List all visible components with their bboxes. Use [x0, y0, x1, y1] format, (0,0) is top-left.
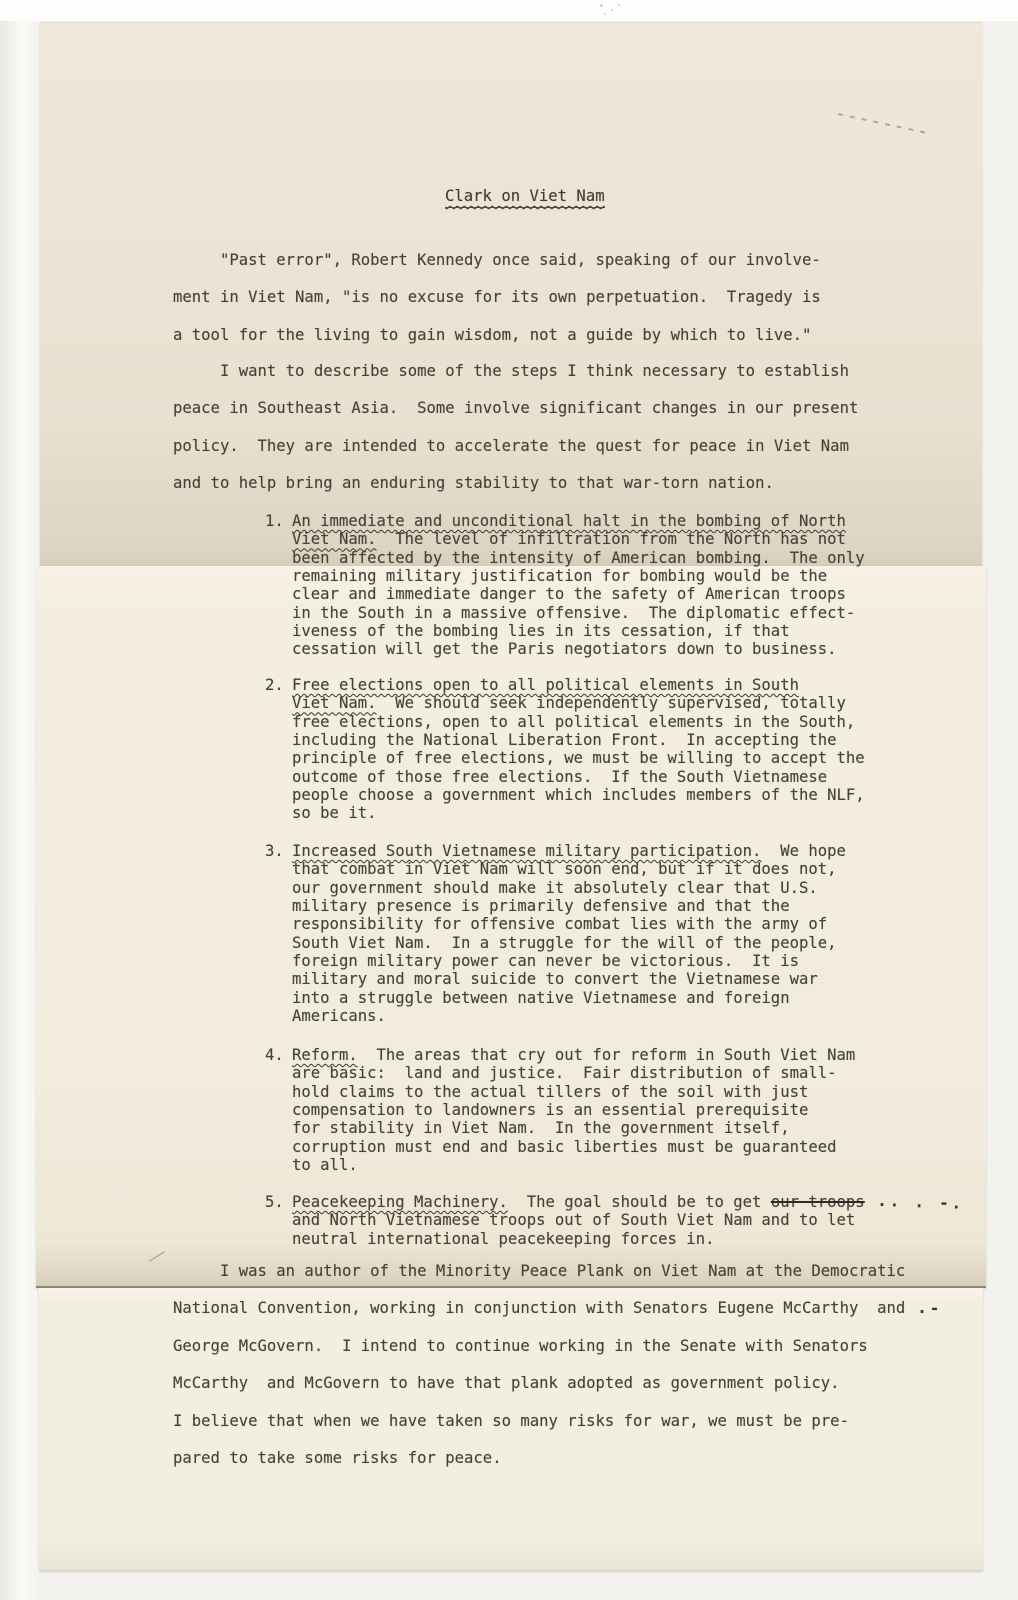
- text-line: principle of free elections, we must be …: [292, 749, 865, 767]
- text-line: and North Vietnamese troops out of South…: [292, 1211, 964, 1229]
- scanned-document-page: Clark on Viet Nam "Past error", Robert K…: [0, 0, 1018, 1600]
- text-line: Viet Nam. The level of infiltration from…: [292, 530, 865, 548]
- pen-mark: .. . -.: [864, 1191, 964, 1213]
- text-line: Peacekeeping Machinery. The goal should …: [292, 1193, 964, 1211]
- text-line: iveness of the bombing lies in its cessa…: [292, 622, 865, 640]
- text-line: clear and immediate danger to the safety…: [292, 585, 865, 603]
- text-line: National Convention, working in conjunct…: [173, 1290, 942, 1327]
- text-line: Free elections open to all political ele…: [292, 676, 865, 694]
- text-line: "Past error", Robert Kennedy once said, …: [173, 242, 821, 279]
- text-line: I was an author of the Minority Peace Pl…: [173, 1253, 942, 1290]
- list-item-number: 3.: [265, 842, 284, 860]
- pen-mark: .-: [905, 1290, 943, 1329]
- text-line: compensation to landowners is an essenti…: [292, 1101, 855, 1119]
- text-line: been affected by the intensity of Americ…: [292, 549, 865, 567]
- text-line: to all.: [292, 1156, 855, 1174]
- text-line: Americans.: [292, 1007, 846, 1025]
- paragraph: I want to describe some of the steps I t…: [173, 353, 858, 503]
- text-line: McCarthy and McGovern to have that plank…: [173, 1365, 942, 1402]
- text-line: for stability in Viet Nam. In the govern…: [292, 1119, 855, 1137]
- text-line: military and moral suicide to convert th…: [292, 970, 846, 988]
- text-line: free elections, open to all political el…: [292, 713, 865, 731]
- document-title: Clark on Viet Nam: [445, 186, 605, 208]
- text-line: hold claims to the actual tillers of the…: [292, 1083, 855, 1101]
- list-item-number: 4.: [265, 1046, 284, 1064]
- text-line: policy. They are intended to accelerate …: [173, 428, 858, 465]
- text-line: An immediate and unconditional halt in t…: [292, 512, 865, 530]
- text-line: responsibility for offensive combat lies…: [292, 915, 846, 933]
- text-line: into a struggle between native Vietnames…: [292, 989, 846, 1007]
- text-line: people choose a government which include…: [292, 786, 865, 804]
- text-line: Viet Nam. We should seek independently s…: [292, 694, 865, 712]
- list-item-number: 2.: [265, 676, 284, 694]
- text-line: remaining military justification for bom…: [292, 567, 865, 585]
- text-line: Reform. The areas that cry out for refor…: [292, 1046, 855, 1064]
- paragraph: "Past error", Robert Kennedy once said, …: [173, 242, 821, 354]
- text-line: our government should make it absolutely…: [292, 879, 846, 897]
- text-line: ment in Viet Nam, "is no excuse for its …: [173, 279, 821, 316]
- list-item-number: 5.: [265, 1193, 284, 1211]
- text-line: military presence is primarily defensive…: [292, 897, 846, 915]
- text-line: so be it.: [292, 804, 865, 822]
- text-line: cessation will get the Paris negotiators…: [292, 640, 865, 658]
- text-line: foreign military power can never be vict…: [292, 952, 846, 970]
- text-line: neutral international peacekeeping force…: [292, 1230, 964, 1248]
- text-line: peace in Southeast Asia. Some involve si…: [173, 390, 858, 427]
- text-line: and to help bring an enduring stability …: [173, 465, 858, 502]
- typewritten-text-layer: Clark on Viet Nam "Past error", Robert K…: [0, 0, 1018, 1600]
- text-line: pared to take some risks for peace.: [173, 1440, 942, 1477]
- text-line: including the National Liberation Front.…: [292, 731, 865, 749]
- text-line: South Viet Nam. In a struggle for the wi…: [292, 934, 846, 952]
- text-line: outcome of those free elections. If the …: [292, 768, 865, 786]
- text-line: corruption must end and basic liberties …: [292, 1138, 855, 1156]
- text-line: are basic: land and justice. Fair distri…: [292, 1064, 855, 1082]
- text-line: in the South in a massive offensive. The…: [292, 604, 865, 622]
- list-item-number: 1.: [265, 512, 284, 530]
- paragraph: I was an author of the Minority Peace Pl…: [173, 1253, 942, 1477]
- text-line: I want to describe some of the steps I t…: [173, 353, 858, 390]
- text-line: a tool for the living to gain wisdom, no…: [173, 317, 821, 354]
- text-line: George McGovern. I intend to continue wo…: [173, 1328, 942, 1365]
- text-line: Increased South Vietnamese military part…: [292, 842, 846, 860]
- text-line: that combat in Viet Nam will soon end, b…: [292, 860, 846, 878]
- text-line: I believe that when we have taken so man…: [173, 1403, 942, 1440]
